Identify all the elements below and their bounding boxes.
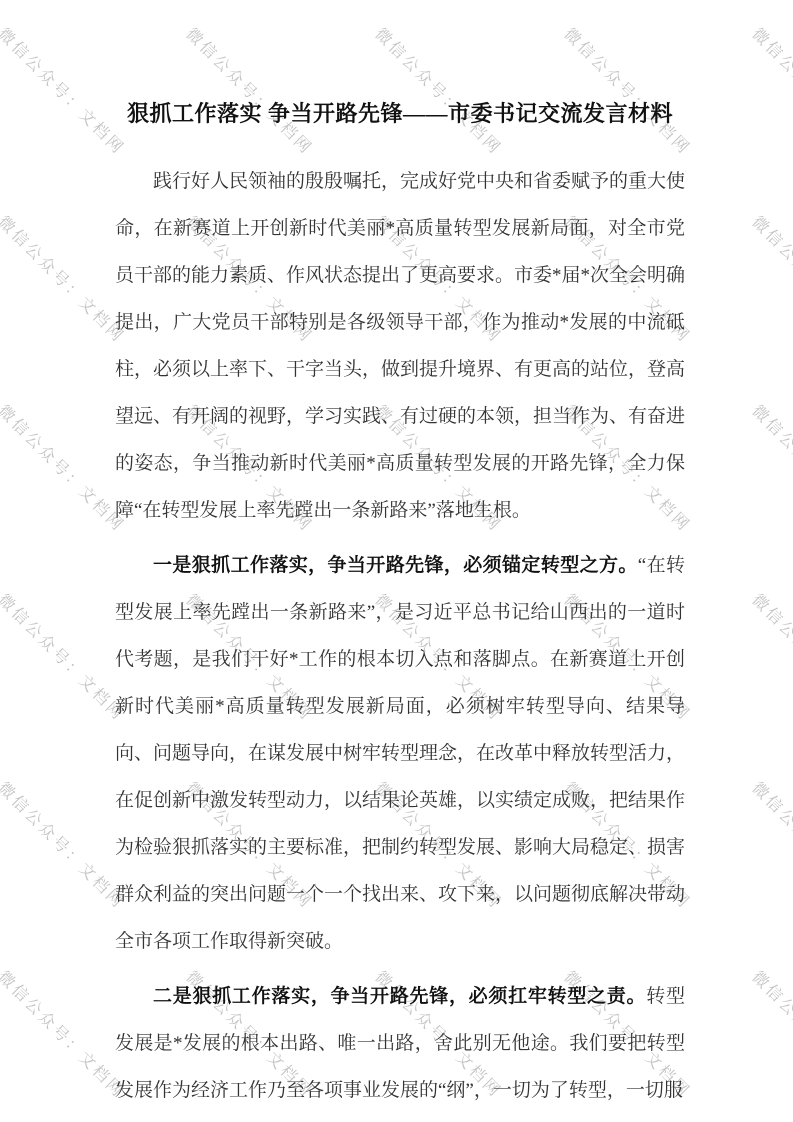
document-page: 狠抓工作落实 争当开路先锋——市委书记交流发言材料 践行好人民领袖的殷殷嘱托，完…	[0, 0, 793, 1122]
paragraph-2-text: “在转型发展上率先蹚出一条新路来”，是习近平总书记给山西出的一道时代考题，是我们…	[115, 555, 685, 952]
paragraph-1: 践行好人民领袖的殷殷嘱托，完成好党中央和省委赋予的重大使命，在新赛道上开创新时代…	[115, 158, 685, 534]
paragraph-2: 一是狠抓工作落实，争当开路先锋，必须锚定转型之方。“在转型发展上率先蹚出一条新路…	[115, 542, 685, 965]
paragraph-3: 二是狠抓工作落实，争当开路先锋，必须扛牢转型之责。转型发展是*发展的根本出路、唯…	[115, 973, 685, 1114]
document-title: 狠抓工作落实 争当开路先锋——市委书记交流发言材料	[115, 97, 685, 131]
paragraph-1-text: 践行好人民领袖的殷殷嘱托，完成好党中央和省委赋予的重大使命，在新赛道上开创新时代…	[115, 171, 685, 521]
paragraph-2-lead: 一是狠抓工作落实，争当开路先锋，必须锚定转型之方。	[153, 555, 638, 576]
paragraph-3-lead: 二是狠抓工作落实，争当开路先锋，必须扛牢转型之责。	[153, 986, 646, 1007]
